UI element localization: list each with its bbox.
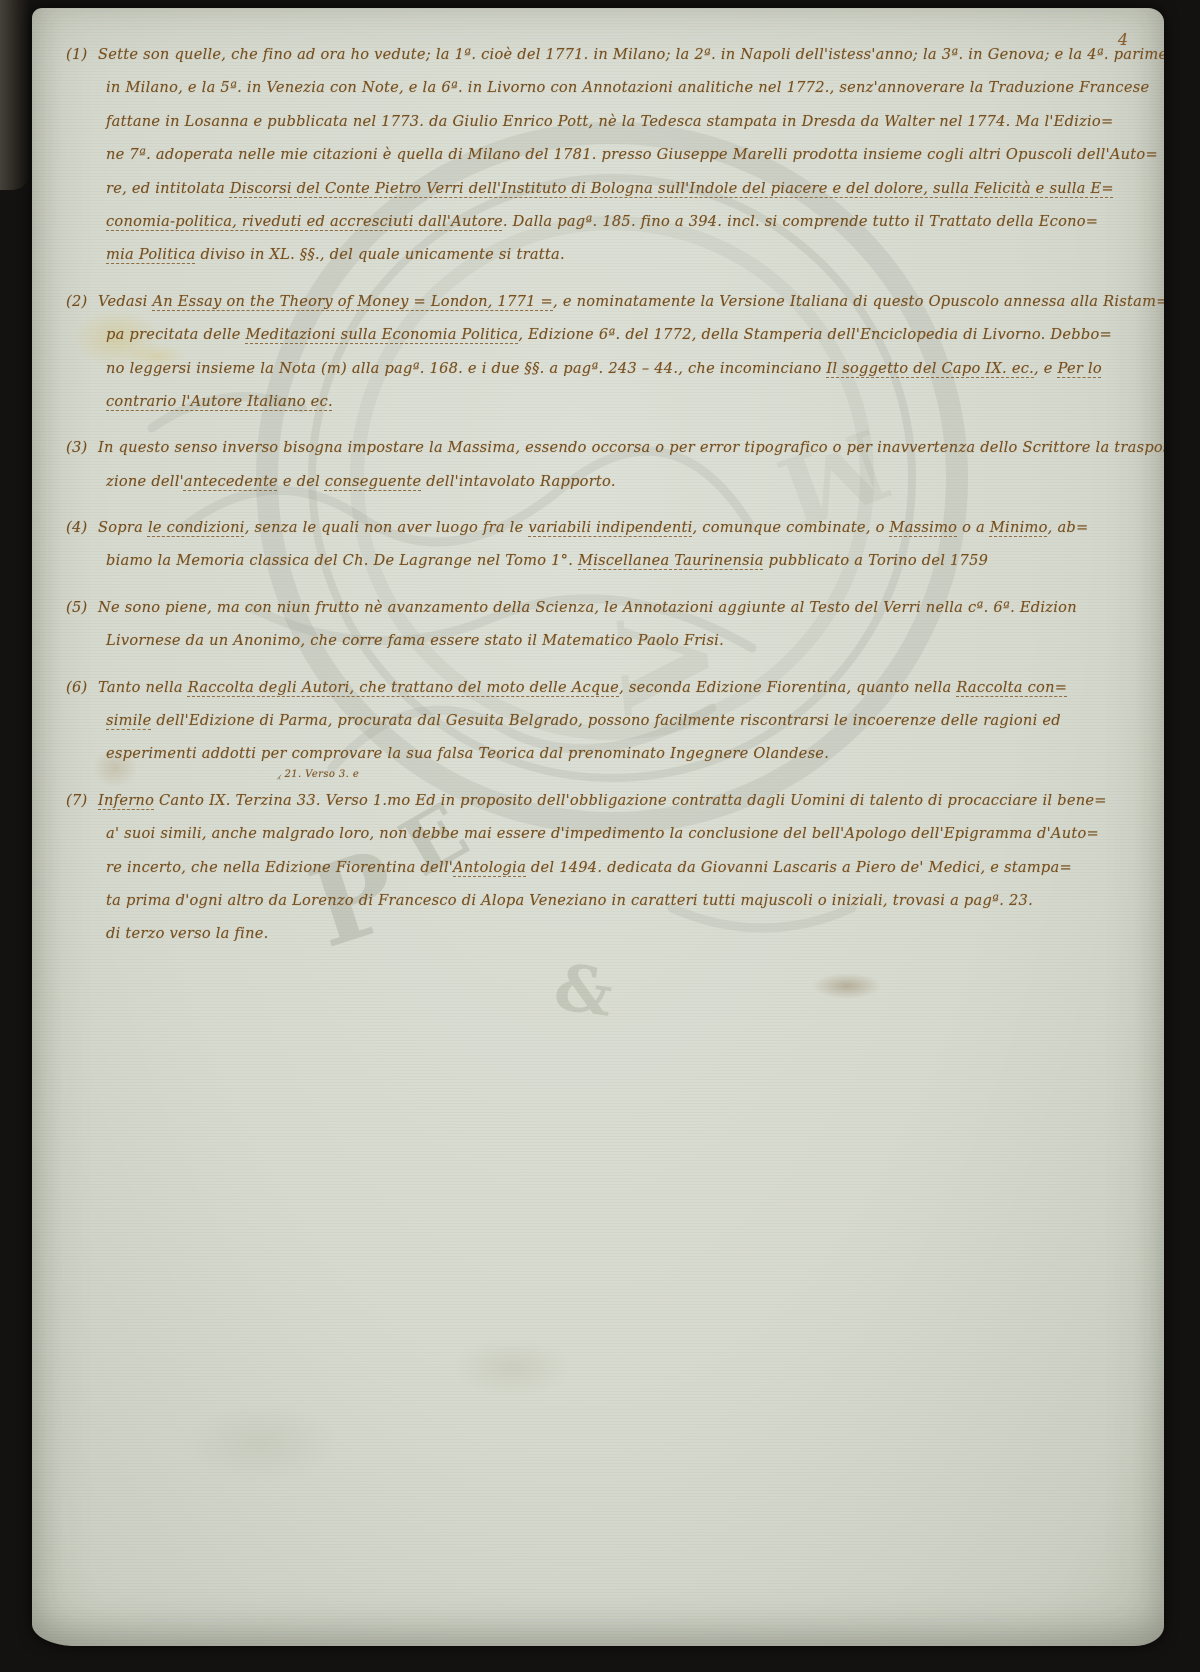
manuscript-text-segment: Inferno [98,792,154,809]
manuscript-text-segment: . Dalla pagª. 185. fino a 394. incl. si … [503,213,1098,230]
manuscript-text-segment: , e [1034,360,1058,377]
manuscript-text-segment: , senza le quali non aver luogo fra le [245,519,529,536]
manuscript-line: zione dell'antecedente e del conseguente… [66,465,1141,498]
manuscript-line: di terzo verso la fine. [66,917,1141,950]
manuscript-text-segment: biamo la Memoria classica del Ch. De Lag… [106,552,578,569]
manuscript-text-segment: simile [106,712,151,729]
manuscript-text-segment: o a [957,519,990,536]
manuscript-text-segment: Tanto nella [98,679,188,696]
manuscript-text-segment: diviso in XL. §§., del quale unicamente … [196,246,565,263]
manuscript-text-segment: pa precitata delle [106,326,246,343]
manuscript-text-segment: conseguente [325,473,422,490]
footnote-number: (2) [66,285,98,318]
manuscript-line: contrario l'Autore Italiano ec. [66,385,1141,418]
manuscript-text-segment: Sopra [98,519,148,536]
manuscript-text-segment: di terzo verso la fine. [106,925,269,942]
manuscript-text-segment: ne 7ª. adoperata nelle mie citazioni è q… [106,146,1158,163]
manuscript-line: mia Politica diviso in XL. §§., del qual… [66,238,1141,271]
manuscript-text-segment: a' suoi simili, anche malgrado loro, non… [106,825,1099,842]
manuscript-text-segment: contrario l'Autore Italiano ec. [106,393,333,410]
footnote-number: (7) [66,784,98,817]
manuscript-text-segment: del 1494. dedicata da Giovanni Lascaris … [526,859,1072,876]
manuscript-line: conomia-politica, riveduti ed accresciut… [66,205,1141,238]
scan-edge-sliver [0,0,30,190]
manuscript-text-segment: Minimo [990,519,1048,536]
footnote-7: ⁁ 21. Verso 3. e(7)Inferno Canto IX. Ter… [66,784,1141,951]
manuscript-text-segment: Il soggetto del Capo IX. ec. [826,360,1034,377]
manuscript-text-segment: In questo senso inverso bisogna impostar… [98,439,1164,456]
manuscript-text-segment: ta prima d'ogni altro da Lorenzo di Fran… [106,892,1033,909]
manuscript-line: esperimenti addotti per comprovare la su… [66,737,1141,770]
manuscript-line: (2)Vedasi An Essay on the Theory of Mone… [66,285,1141,318]
manuscript-text-segment: Raccolta con= [956,679,1067,696]
footnote-5: (5)Ne sono piene, ma con niun frutto nè … [66,591,1141,658]
interlinear-insertion: ⁁ 21. Verso 3. e [278,770,359,780]
manuscript-line: re incerto, che nella Edizione Fiorentin… [66,851,1141,884]
manuscript-text-segment: , e nominatamente la Versione Italiana d… [553,293,1164,310]
manuscript-text-segment: Sette son quelle, che fino ad ora ho ved… [98,46,1164,63]
manuscript-text-segment: Vedasi [98,293,152,310]
manuscript-line: fattane in Losanna e pubblicata nel 1773… [66,105,1141,138]
manuscript-text-segment: Antologia [453,859,526,876]
footnote-number: (6) [66,671,98,704]
manuscript-line: (1)Sette son quelle, che fino ad ora ho … [66,38,1141,71]
manuscript-text-segment: esperimenti addotti per comprovare la su… [106,745,829,762]
manuscript-text-segment: Massimo [890,519,958,536]
manuscript-text-segment: , comunque combinate, o [693,519,890,536]
manuscript-line: ta prima d'ogni altro da Lorenzo di Fran… [66,884,1141,917]
manuscript-text-segment: re incerto, che nella Edizione Fiorentin… [106,859,453,876]
manuscript-text-segment: An Essay on the Theory of Money = London… [152,293,553,310]
footnote-number: (1) [66,38,98,71]
manuscript-text-segment: Livornese da un Anonimo, che corre fama … [106,632,724,649]
manuscript-text-segment: e del [278,473,325,490]
manuscript-text-segment: pubblicato a Torino del 1759 [764,552,988,569]
manuscript-text-segment: Discorsi del Conte Pietro Verri dell'Ins… [230,180,1114,197]
manuscript-line: pa precitata delle Meditazioni sulla Eco… [66,318,1141,351]
manuscript-text-segment: no leggersi insieme la Nota (m) alla pag… [106,360,826,377]
scanned-manuscript: P E & V M 4 (1)Sette son quelle, che fin… [0,0,1200,1672]
footnote-number: (3) [66,431,98,464]
footnote-number: (5) [66,591,98,624]
manuscript-text-segment: Canto IX. Terzina 33. Verso 1.mo Ed in p… [154,792,1107,809]
manuscript-text-segment: le condizioni [148,519,245,536]
manuscript-page: P E & V M 4 (1)Sette son quelle, che fin… [32,8,1164,1646]
footnote-6: (6)Tanto nella Raccolta degli Autori, ch… [66,671,1141,771]
paper-stain [452,1338,572,1398]
manuscript-text-segment: mia Politica [106,246,196,263]
footnote-3: (3)In questo senso inverso bisogna impos… [66,431,1141,498]
manuscript-text-segment: dell'Edizione di Parma, procurata dal Ge… [151,712,1060,729]
manuscript-text-segment: re, ed intitolata [106,180,230,197]
manuscript-text-segment: in Milano, e la 5ª. in Venezia con Note,… [106,79,1149,96]
manuscript-line: simile dell'Edizione di Parma, procurata… [66,704,1141,737]
manuscript-line: (7)Inferno Canto IX. Terzina 33. Verso 1… [66,784,1141,817]
manuscript-text-segment: Per lo [1058,360,1102,377]
manuscript-text-segment: variabili indipendenti [528,519,692,536]
manuscript-text-segment: , ab= [1048,519,1089,536]
manuscript-text-segment: fattane in Losanna e pubblicata nel 1773… [106,113,1113,130]
manuscript-text-segment: Miscellanea Taurinensia [578,552,764,569]
manuscript-line: (4)Sopra le condizioni, senza le quali n… [66,511,1141,544]
manuscript-text-segment: zione dell' [106,473,184,490]
footnotes-block: (1)Sette son quelle, che fino ad ora ho … [66,38,1141,964]
footnote-number: (4) [66,511,98,544]
footnote-1: (1)Sette son quelle, che fino ad ora ho … [66,38,1141,272]
manuscript-line: (5)Ne sono piene, ma con niun frutto nè … [66,591,1141,624]
paper-stain [182,1403,342,1483]
manuscript-line: (6)Tanto nella Raccolta degli Autori, ch… [66,671,1141,704]
footnote-4: (4)Sopra le condizioni, senza le quali n… [66,511,1141,578]
manuscript-text-segment: conomia-politica, riveduti ed accresciut… [106,213,503,230]
manuscript-line: re, ed intitolata Discorsi del Conte Pie… [66,172,1141,205]
manuscript-text-segment: antecedente [184,473,278,490]
manuscript-line: Livornese da un Anonimo, che corre fama … [66,624,1141,657]
manuscript-line: no leggersi insieme la Nota (m) alla pag… [66,352,1141,385]
manuscript-text-segment: , Edizione 6ª. del 1772, della Stamperia… [518,326,1112,343]
manuscript-line: ne 7ª. adoperata nelle mie citazioni è q… [66,138,1141,171]
manuscript-text-segment: Meditazioni sulla Economia Politica [246,326,519,343]
manuscript-text-segment: dell'intavolato Rapporto. [421,473,615,490]
manuscript-line: in Milano, e la 5ª. in Venezia con Note,… [66,71,1141,104]
manuscript-line: biamo la Memoria classica del Ch. De Lag… [66,544,1141,577]
manuscript-text-segment: Ne sono piene, ma con niun frutto nè ava… [98,599,1077,616]
footnote-2: (2)Vedasi An Essay on the Theory of Mone… [66,285,1141,419]
manuscript-text-segment: Raccolta degli Autori, che trattano del … [188,679,619,696]
manuscript-line: (3)In questo senso inverso bisogna impos… [66,431,1141,464]
manuscript-line: a' suoi simili, anche malgrado loro, non… [66,817,1141,850]
paper-stain [812,973,882,999]
manuscript-text-segment: , seconda Edizione Fiorentina, quanto ne… [619,679,956,696]
